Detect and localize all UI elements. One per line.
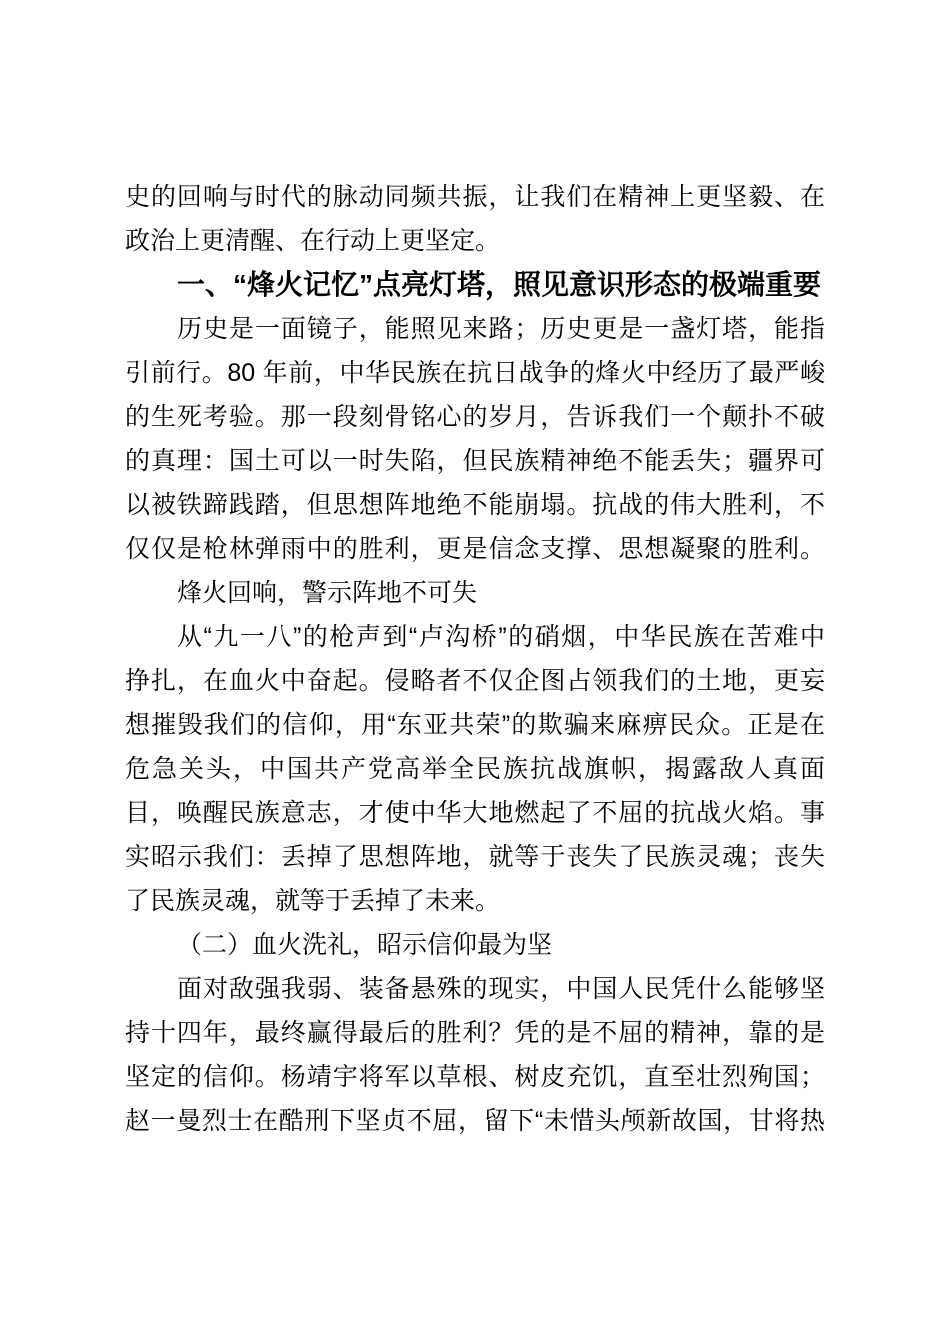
text-line: 的真理：国土可以一时失陷，但民族精神绝不能丢失；疆界可 [125, 439, 825, 483]
document-text: 史的回响与时代的脉动同频共振，让我们在精神上更坚毅、在政治上更清醒、在行动上更坚… [125, 175, 825, 1143]
text-line: 实昭示我们：丢掉了思想阵地，就等于丧失了民族灵魂；丧失 [125, 835, 825, 879]
text-line: 仅仅是枪林弹雨中的胜利，更是信念支撑、思想凝聚的胜利。 [125, 527, 825, 571]
text-line: 了民族灵魂，就等于丢掉了未来。 [125, 879, 825, 923]
text-line: 挣扎，在血火中奋起。侵略者不仅企图占领我们的土地，更妄 [125, 659, 825, 703]
text-line: 危急关头，中国共产党高举全民族抗战旗帜，揭露敌人真面 [125, 747, 825, 791]
text-line: 政治上更清醒、在行动上更坚定。 [125, 219, 825, 263]
subheading-line: 烽火回响，警示阵地不可失 [125, 571, 825, 615]
document-page: 史的回响与时代的脉动同频共振，让我们在精神上更坚毅、在政治上更清醒、在行动上更坚… [0, 0, 950, 1344]
text-line: 面对敌强我弱、装备悬殊的现实，中国人民凭什么能够坚 [125, 967, 825, 1011]
text-line: 引前行。80 年前，中华民族在抗日战争的烽火中经历了最严峻 [125, 351, 825, 395]
text-line: 赵一曼烈士在酷刑下坚贞不屈，留下“未惜头颅新故国，甘将热 [125, 1099, 825, 1143]
section-heading-line: 一、“烽火记忆”点亮灯塔，照见意识形态的极端重要 [125, 263, 825, 307]
text-line: 持十四年，最终赢得最后的胜利？凭的是不屈的精神，靠的是 [125, 1011, 825, 1055]
text-line: 史的回响与时代的脉动同频共振，让我们在精神上更坚毅、在 [125, 175, 825, 219]
text-line: 坚定的信仰。杨靖宇将军以草根、树皮充饥，直至壮烈殉国； [125, 1055, 825, 1099]
text-line: 从“九一八”的枪声到“卢沟桥”的硝烟，中华民族在苦难中 [125, 615, 825, 659]
text-line: 目，唤醒民族意志，才使中华大地燃起了不屈的抗战火焰。事 [125, 791, 825, 835]
text-line: 以被铁蹄践踏，但思想阵地绝不能崩塌。抗战的伟大胜利，不 [125, 483, 825, 527]
text-line: 想摧毁我们的信仰，用“东亚共荣”的欺骗来麻痹民众。正是在 [125, 703, 825, 747]
subheading-line: （二）血火洗礼，昭示信仰最为坚 [125, 923, 825, 967]
text-line: 的生死考验。那一段刻骨铭心的岁月，告诉我们一个颠扑不破 [125, 395, 825, 439]
text-line: 历史是一面镜子，能照见来路；历史更是一盏灯塔，能指 [125, 307, 825, 351]
